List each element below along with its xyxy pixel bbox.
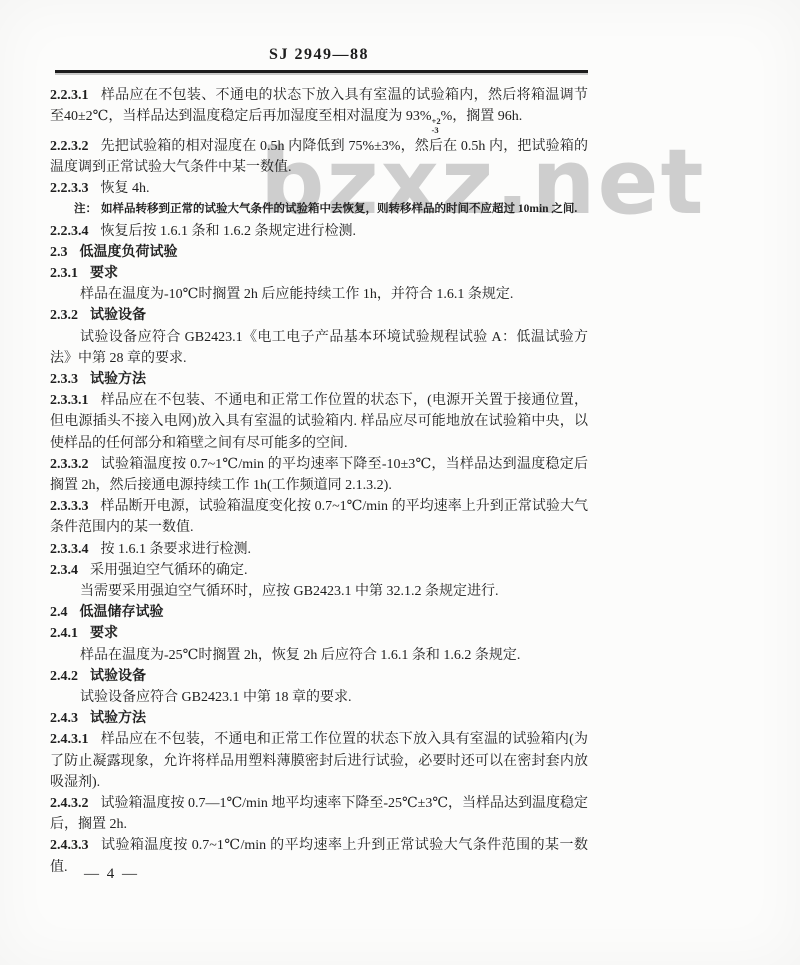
clause-text: 样品断开电源，试验箱温度变化按 0.7~1℃/min 的平均速率上升到正常试验大… [50,499,588,535]
clause-2-2-3-1: 2.2.3.1样品应在不包装、不通电的状态下放入具有室温的试验箱内，然后将箱温调… [50,85,588,136]
page-number: — 4 — [84,866,139,883]
clause-number: 2.4.3.1 [50,732,89,747]
clause-text: 样品应在不包装，不通电和正常工作位置的状态下放入具有室温的试验箱内(为了防止凝露… [50,732,588,789]
section-title: 低温储存试验 [80,605,164,620]
clause-2-3-3-2: 2.3.3.2试验箱温度按 0.7~1℃/min 的平均速率下降至-10±3℃，… [50,454,588,496]
clause-number: 2.2.3.3 [50,181,89,196]
section-title: 要求 [90,626,118,641]
clause-number: 2.3.3.4 [50,542,89,557]
section-2-4: 2.4低温储存试验 [50,602,588,623]
section-number: 2.4.2 [50,669,78,684]
clause-2-4-3-2: 2.4.3.2试验箱温度按 0.7—1℃/min 地平均速率下降至-25℃±3℃… [50,793,588,835]
section-title: 低温度负荷试验 [80,245,178,260]
header-rule [55,70,588,73]
section-title: 试验方法 [90,372,146,387]
section-title: 试验设备 [90,669,146,684]
tolerance-sub: -3 [432,126,439,135]
section-number: 2.3.2 [50,308,78,323]
clause-2-2-3-2: 2.2.3.2先把试验箱的相对湿度在 0.5h 内降低到 75%±3%，然后在 … [50,136,588,178]
clause-number: 2.3.3.1 [50,393,89,408]
clause-text: 试验箱温度按 0.7~1℃/min 的平均速率下降至-10±3℃，当样品达到温度… [50,457,588,493]
note-line: 注：如样品转移到正常的试验大气条件的试验箱中去恢复，则转移样品的时间不应超过 1… [50,199,588,220]
clause-text: 样品应在不包装、不通电和正常工作位置的状态下，(电源开关置于接通位置，但电源插头… [50,393,588,450]
section-title: 试验方法 [90,711,146,726]
clause-text: 恢复后按 1.6.1 条和 1.6.2 条规定进行检测. [101,224,357,239]
clause-number: 2.2.3.1 [50,88,89,103]
clause-number: 2.2.3.2 [50,139,89,154]
body-paragraph: 当需要采用强迫空气循环时，应按 GB2423.1 中第 32.1.2 条规定进行… [50,581,588,602]
clause-number: 2.3.4 [50,563,78,578]
clause-text: 试验箱温度按 0.7—1℃/min 地平均速率下降至-25℃±3℃，当样品达到温… [50,796,588,832]
tolerance-sup-sub: +2-3 [432,117,441,136]
section-2-4-1: 2.4.1要求 [50,623,588,644]
clause-number: 2.4.3.2 [50,796,89,811]
clause-text: 恢复 4h. [101,181,150,196]
section-2-3-2: 2.3.2试验设备 [50,305,588,326]
section-2-3: 2.3低温度负荷试验 [50,242,588,263]
document-body: 2.2.3.1样品应在不包装、不通电的状态下放入具有室温的试验箱内，然后将箱温调… [50,85,588,878]
section-number: 2.4.3 [50,711,78,726]
clause-text: 先把试验箱的相对湿度在 0.5h 内降低到 75%±3%，然后在 0.5h 内，… [50,139,588,175]
clause-number: 2.3.3.2 [50,457,89,472]
clause-number: 2.2.3.4 [50,224,89,239]
clause-2-2-3-3: 2.2.3.3恢复 4h. [50,178,588,199]
section-number: 2.3 [50,245,68,260]
body-text: 当需要采用强迫空气循环时，应按 GB2423.1 中第 32.1.2 条规定进行… [80,584,498,599]
clause-number: 2.4.3.3 [50,838,89,853]
section-2-4-3: 2.4.3试验方法 [50,708,588,729]
section-title: 试验设备 [90,308,146,323]
note-label: 注： [74,203,97,215]
section-2-3-1: 2.3.1要求 [50,263,588,284]
clause-2-3-3-1: 2.3.3.1样品应在不包装、不通电和正常工作位置的状态下，(电源开关置于接通位… [50,390,588,454]
clause-text: 采用强迫空气循环的确定. [90,563,248,578]
body-text: 试验设备应符合 GB2423.1 中第 18 章的要求. [80,690,351,705]
clause-2-3-3-4: 2.3.3.4按 1.6.1 条要求进行检测. [50,539,588,560]
body-text: 试验设备应符合 GB2423.1《电工电子产品基本环境试验规程试验 A：低温试验… [50,330,588,366]
body-text: 样品在温度为-10℃时搁置 2h 后应能持续工作 1h，并符合 1.6.1 条规… [80,287,513,302]
body-paragraph: 样品在温度为-25℃时搁置 2h，恢复 2h 后应符合 1.6.1 条和 1.6… [50,645,588,666]
clause-2-3-3-3: 2.3.3.3样品断开电源，试验箱温度变化按 0.7~1℃/min 的平均速率上… [50,496,588,538]
body-text: 样品在温度为-25℃时搁置 2h，恢复 2h 后应符合 1.6.1 条和 1.6… [80,648,520,663]
clause-2-4-3-1: 2.4.3.1样品应在不包装，不通电和正常工作位置的状态下放入具有室温的试验箱内… [50,729,588,793]
clause-number: 2.3.3.3 [50,499,89,514]
clause-text: 按 1.6.1 条要求进行检测. [101,542,252,557]
note-text: 如样品转移到正常的试验大气条件的试验箱中去恢复，则转移样品的时间不应超过 10m… [101,203,577,215]
clause-2-2-3-4: 2.2.3.4恢复后按 1.6.1 条和 1.6.2 条规定进行检测. [50,221,588,242]
scanned-standard-page: SJ 2949—88 bzxz.net 2.2.3.1样品应在不包装、不通电的状… [0,0,800,965]
section-title: 要求 [90,266,118,281]
section-number: 2.4.1 [50,626,78,641]
section-number: 2.4 [50,605,68,620]
section-number: 2.3.3 [50,372,78,387]
body-paragraph: 样品在温度为-10℃时搁置 2h 后应能持续工作 1h，并符合 1.6.1 条规… [50,284,588,305]
clause-2-3-4: 2.3.4采用强迫空气循环的确定. [50,560,588,581]
section-2-4-2: 2.4.2试验设备 [50,666,588,687]
body-paragraph: 试验设备应符合 GB2423.1《电工电子产品基本环境试验规程试验 A：低温试验… [50,327,588,369]
clause-text-tail: %，搁置 96h. [441,109,523,124]
section-number: 2.3.1 [50,266,78,281]
document-number-header: SJ 2949—88 [50,46,588,64]
section-2-3-3: 2.3.3试验方法 [50,369,588,390]
body-paragraph: 试验设备应符合 GB2423.1 中第 18 章的要求. [50,687,588,708]
